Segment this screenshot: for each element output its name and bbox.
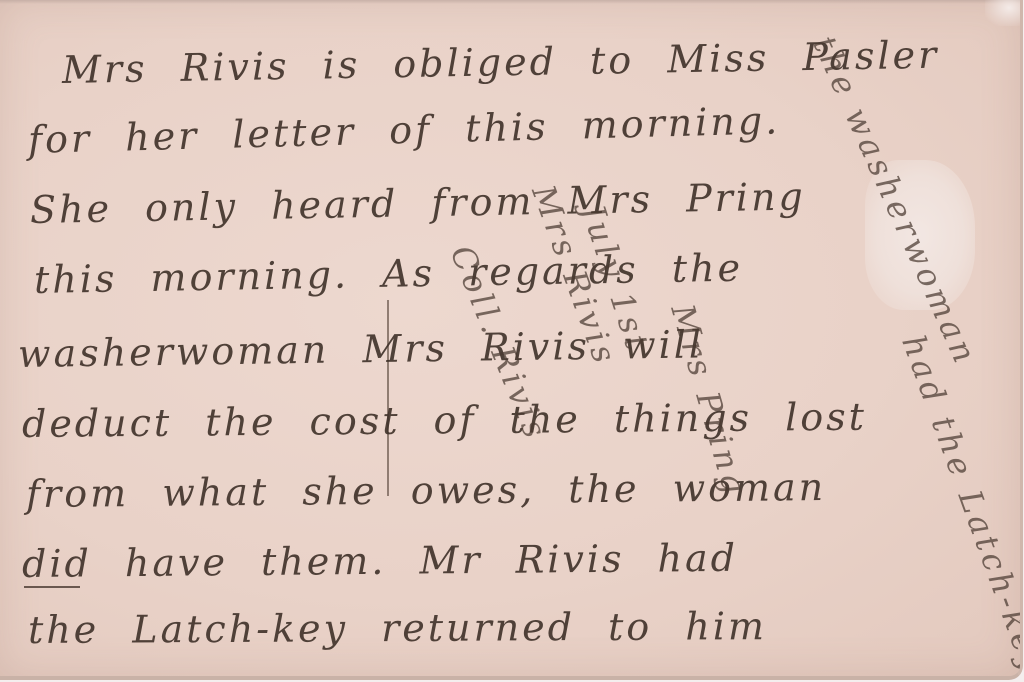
text-line-3: She only heard from Mrs Pring (30, 174, 807, 232)
text-line-8: did have them. Mr Rivis had (22, 536, 738, 586)
text-line-9: the Latch-key returned to him (28, 604, 767, 652)
postcard: Mrs Rivis is obliged to Miss Pasler for … (0, 0, 1023, 680)
text-line-2: for her letter of this morning. (27, 98, 780, 162)
underline-did (24, 586, 80, 588)
card-top-edge (0, 0, 1020, 4)
paper-damage-corner (985, 0, 1023, 26)
cross-text-6: had the Latch-key (894, 330, 1023, 680)
text-line-1: Mrs Rivis is obliged to Miss Pasler (62, 33, 940, 92)
text-line-6: deduct the cost of the things lost (22, 395, 867, 446)
text-line-7: from what she owes, the woman (26, 465, 827, 516)
